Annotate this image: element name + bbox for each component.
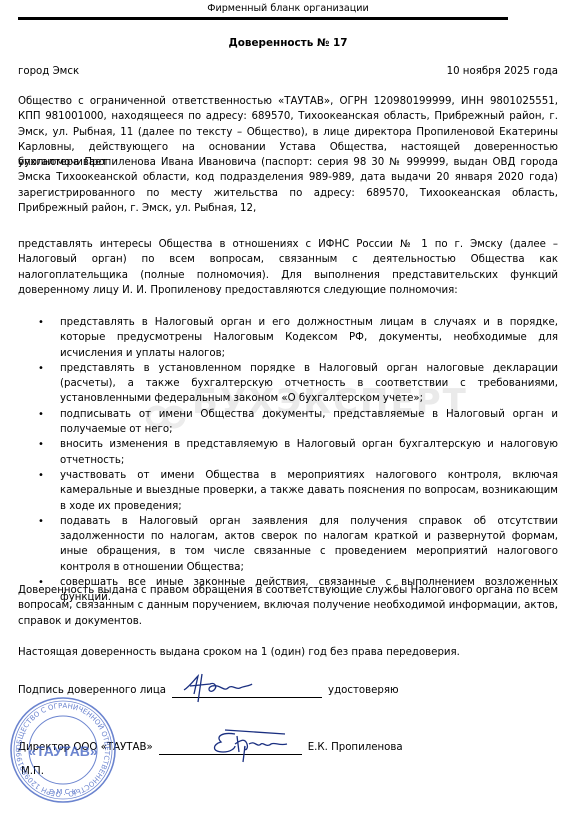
bullet-icon: • bbox=[38, 468, 44, 483]
list-item: •подписывать от имени Общества документы… bbox=[18, 407, 558, 438]
attorney-paragraph: бухгалтера Пропиленова Ивана Ивановича (… bbox=[18, 155, 558, 216]
scope-paragraph: представлять интересы Общества в отношен… bbox=[18, 237, 558, 298]
bullet-icon: • bbox=[38, 514, 44, 529]
letterhead: Фирменный бланк организации bbox=[0, 3, 576, 15]
list-item: •участвовать от имени Общества в меропри… bbox=[18, 468, 558, 514]
stamp-city: Э М С К bbox=[49, 788, 76, 796]
attorney-signature-icon bbox=[180, 672, 260, 706]
bullet-icon: • bbox=[38, 437, 44, 452]
list-item: •вносить изменения в представляемую в На… bbox=[18, 437, 558, 468]
document-title: Доверенность № 17 bbox=[0, 36, 576, 51]
stamp-company-name: «ТАУТАВ» bbox=[28, 743, 98, 759]
place-date-row: город Эмск 10 ноября 2025 года bbox=[18, 64, 558, 79]
list-item: •представлять в установленном порядке в … bbox=[18, 361, 558, 407]
powers-list: •представлять в Налоговый орган и его до… bbox=[18, 315, 558, 606]
city: город Эмск bbox=[18, 64, 79, 79]
director-signature-icon bbox=[205, 728, 295, 764]
issue-date: 10 ноября 2025 года bbox=[447, 64, 558, 79]
letterhead-divider bbox=[18, 17, 508, 20]
list-item: •представлять в Налоговый орган и его до… bbox=[18, 315, 558, 361]
bullet-icon: • bbox=[38, 407, 44, 422]
company-stamp-icon: ОБЩЕСТВО С ОГРАНИЧЕННОЙ ОТВЕТСТВЕННОСТЬЮ… bbox=[8, 694, 118, 806]
director-name: Е.К. Пропиленова bbox=[308, 740, 403, 755]
attorney-certify-label: удостоверяю bbox=[328, 683, 399, 698]
rights-paragraph: Доверенность выдана с правом обращения в… bbox=[18, 583, 558, 629]
bullet-icon: • bbox=[38, 315, 44, 330]
bullet-icon: • bbox=[38, 361, 44, 376]
list-item: •подавать в Налоговый орган заявления дл… bbox=[18, 514, 558, 575]
term-paragraph: Настоящая доверенность выдана сроком на … bbox=[18, 645, 558, 660]
